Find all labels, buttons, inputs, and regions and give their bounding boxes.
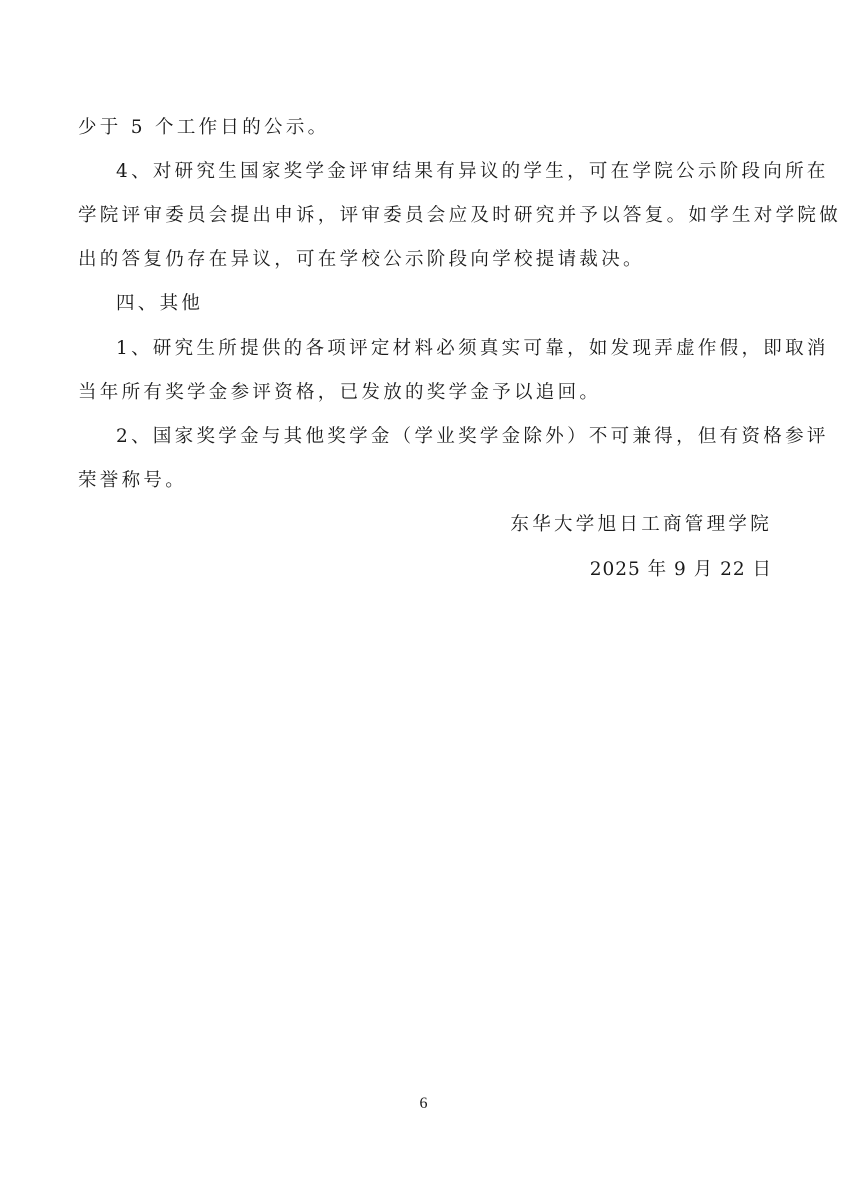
paragraph-line: 2、国家奖学金与其他奖学金（学业奖学金除外）不可兼得，但有资格参评 bbox=[116, 425, 810, 449]
paragraph-line: 学院评审委员会提出申诉，评审委员会应及时研究并予以答复。如学生对学院做 bbox=[78, 204, 772, 228]
signature-organization: 东华大学旭日工商管理学院 bbox=[510, 513, 772, 537]
paragraph-line: 4、对研究生国家奖学金评审结果有异议的学生，可在学院公示阶段向所在 bbox=[116, 160, 810, 184]
signature-date: 2025 年 9 月 22 日 bbox=[590, 558, 772, 582]
paragraph-line: 当年所有奖学金参评资格，已发放的奖学金予以追回。 bbox=[78, 381, 772, 405]
paragraph-line: 荣誉称号。 bbox=[78, 469, 772, 493]
page-number: 6 bbox=[0, 1095, 847, 1113]
paragraph-line: 1、研究生所提供的各项评定材料必须真实可靠，如发现弄虚作假，即取消 bbox=[116, 337, 810, 361]
document-page: 少于 5 个工作日的公示。 4、对研究生国家奖学金评审结果有异议的学生，可在学院… bbox=[0, 0, 847, 1197]
paragraph-line: 少于 5 个工作日的公示。 bbox=[78, 116, 772, 140]
section-heading: 四、其他 bbox=[116, 292, 810, 316]
paragraph-line: 出的答复仍存在异议，可在学校公示阶段向学校提请裁决。 bbox=[78, 248, 772, 272]
